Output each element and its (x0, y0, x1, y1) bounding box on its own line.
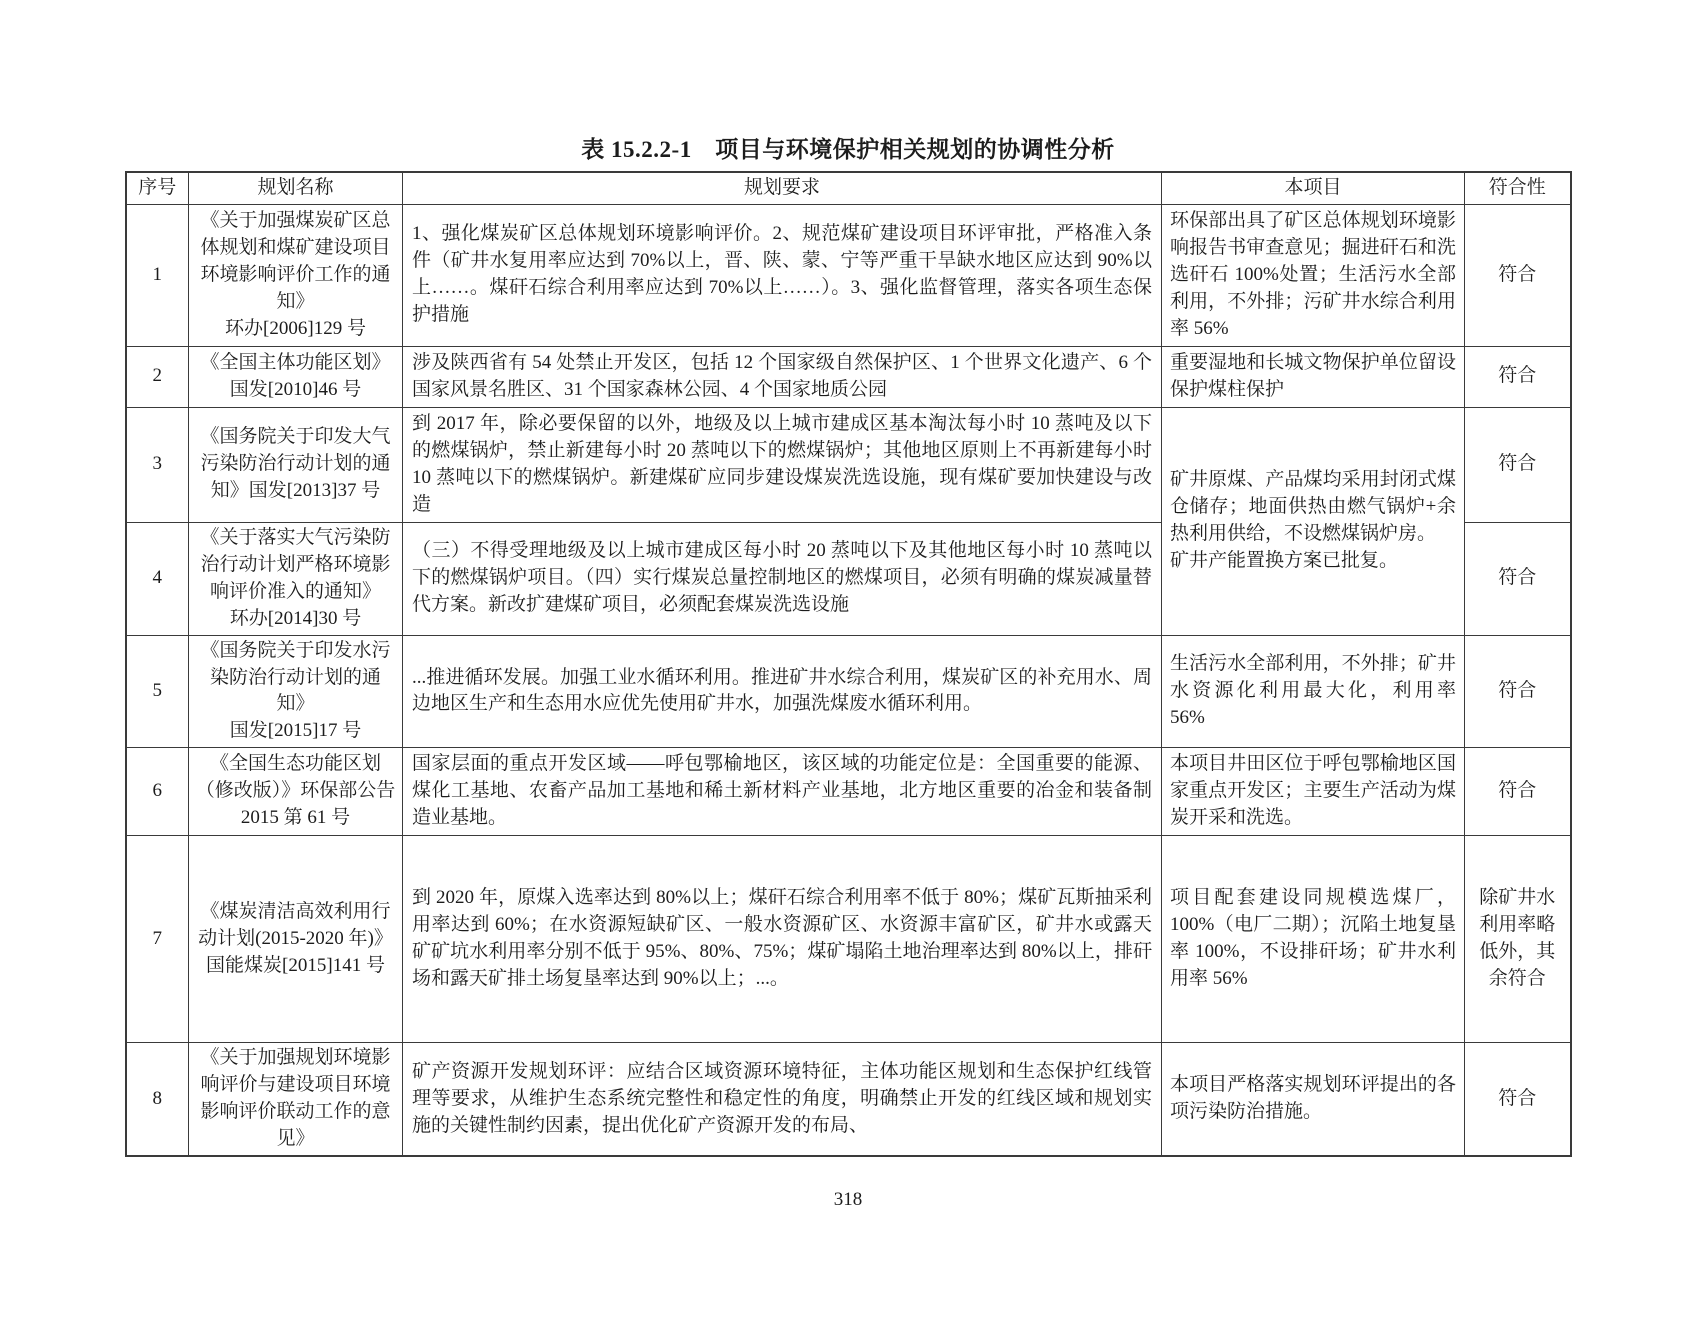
col-header-compliance: 符合性 (1465, 172, 1571, 205)
cell-plan-name: 《关于加强规划环境影响评价与建设项目环境影响评价联动工作的意见》 (189, 1043, 403, 1156)
table-row: 2 《全国主体功能区划》 国发[2010]46 号 涉及陕西省有 54 处禁止开… (126, 346, 1571, 407)
cell-requirement: 到 2017 年，除必要保留的以外，地级及以上城市建成区基本淘汰每小时 10 蒸… (403, 407, 1162, 522)
cell-requirement: 矿产资源开发规划环评：应结合区域资源环境特征，主体功能区规划和生态保护红线管理等… (403, 1043, 1162, 1156)
cell-serial: 7 (126, 836, 189, 1043)
table-row: 5 《国务院关于印发水污染防治行动计划的通知》 国发[2015]17 号 ...… (126, 635, 1571, 748)
cell-plan-name: 《全国主体功能区划》 国发[2010]46 号 (189, 346, 403, 407)
col-header-requirement: 规划要求 (403, 172, 1162, 205)
coordination-analysis-table: 序号 规划名称 规划要求 本项目 符合性 1 《关于加强煤炭矿区总体规划和煤矿建… (125, 171, 1572, 1157)
col-header-plan-name: 规划名称 (189, 172, 403, 205)
cell-project-merged: 矿井原煤、产品煤均采用封闭式煤仓储存；地面供热由燃气锅炉+余热利用供给，不设燃煤… (1162, 407, 1465, 635)
table-row: 1 《关于加强煤炭矿区总体规划和煤矿建设项目环境影响评价工作的通知》 环办[20… (126, 205, 1571, 347)
cell-compliance: 符合 (1465, 205, 1571, 347)
page-title: 表 15.2.2-1 项目与环境保护相关规划的协调性分析 (0, 131, 1696, 164)
table-row: 6 《全国生态功能区划（修改版）》环保部公告 2015 第 61 号 国家层面的… (126, 748, 1571, 836)
page-number: 318 (0, 1189, 1696, 1211)
table-row: 7 《煤炭清洁高效利用行动计划(2015-2020 年)》 国能煤炭[2015]… (126, 836, 1571, 1043)
cell-project: 重要湿地和长城文物保护单位留设保护煤柱保护 (1162, 346, 1465, 407)
cell-requirement: 涉及陕西省有 54 处禁止开发区，包括 12 个国家级自然保护区、1 个世界文化… (403, 346, 1162, 407)
cell-serial: 2 (126, 346, 189, 407)
table-row: 8 《关于加强规划环境影响评价与建设项目环境影响评价联动工作的意见》 矿产资源开… (126, 1043, 1571, 1156)
table-row: 3 《国务院关于印发大气污染防治行动计划的通知》国发[2013]37 号 到 2… (126, 407, 1571, 522)
cell-serial: 8 (126, 1043, 189, 1156)
cell-requirement: （三）不得受理地级及以上城市建成区每小时 20 蒸吨以下及其他地区每小时 10 … (403, 522, 1162, 635)
cell-serial: 1 (126, 205, 189, 347)
cell-compliance: 符合 (1465, 748, 1571, 836)
cell-project: 环保部出具了矿区总体规划环境影响报告书审查意见；掘进矸石和洗选矸石 100%处置… (1162, 205, 1465, 347)
cell-requirement: 1、强化煤炭矿区总体规划环境影响评价。2、规范煤矿建设项目环评审批，严格准入条件… (403, 205, 1162, 347)
cell-plan-name: 《国务院关于印发水污染防治行动计划的通知》 国发[2015]17 号 (189, 635, 403, 748)
table-header-row: 序号 规划名称 规划要求 本项目 符合性 (126, 172, 1571, 205)
cell-serial: 5 (126, 635, 189, 748)
cell-requirement: 国家层面的重点开发区域——呼包鄂榆地区，该区域的功能定位是：全国重要的能源、煤化… (403, 748, 1162, 836)
cell-plan-name: 《关于落实大气污染防治行动计划严格环境影响评价准入的通知》 环办[2014]30… (189, 522, 403, 635)
cell-requirement: ...推进循环发展。加强工业水循环利用。推进矿井水综合利用，煤炭矿区的补充用水、… (403, 635, 1162, 748)
cell-compliance: 符合 (1465, 635, 1571, 748)
cell-project: 项目配套建设同规模选煤厂，100%（电厂二期）；沉陷土地复垦率 100%，不设排… (1162, 836, 1465, 1043)
col-header-serial: 序号 (126, 172, 189, 205)
cell-project: 生活污水全部利用，不外排；矿井水资源化利用最大化，利用率 56% (1162, 635, 1465, 748)
cell-compliance: 符合 (1465, 346, 1571, 407)
col-header-project: 本项目 (1162, 172, 1465, 205)
cell-compliance: 除矿井水利用率略低外，其余符合 (1465, 836, 1571, 1043)
cell-serial: 4 (126, 522, 189, 635)
cell-serial: 6 (126, 748, 189, 836)
cell-compliance: 符合 (1465, 407, 1571, 522)
cell-project: 本项目严格落实规划环评提出的各项污染防治措施。 (1162, 1043, 1465, 1156)
cell-project: 本项目井田区位于呼包鄂榆地区国家重点开发区；主要生产活动为煤炭开采和洗选。 (1162, 748, 1465, 836)
cell-compliance: 符合 (1465, 522, 1571, 635)
cell-requirement: 到 2020 年，原煤入选率达到 80%以上；煤矸石综合利用率不低于 80%；煤… (403, 836, 1162, 1043)
cell-plan-name: 《关于加强煤炭矿区总体规划和煤矿建设项目环境影响评价工作的通知》 环办[2006… (189, 205, 403, 347)
cell-plan-name: 《煤炭清洁高效利用行动计划(2015-2020 年)》 国能煤炭[2015]14… (189, 836, 403, 1043)
cell-serial: 3 (126, 407, 189, 522)
cell-compliance: 符合 (1465, 1043, 1571, 1156)
cell-plan-name: 《国务院关于印发大气污染防治行动计划的通知》国发[2013]37 号 (189, 407, 403, 522)
cell-plan-name: 《全国生态功能区划（修改版）》环保部公告 2015 第 61 号 (189, 748, 403, 836)
